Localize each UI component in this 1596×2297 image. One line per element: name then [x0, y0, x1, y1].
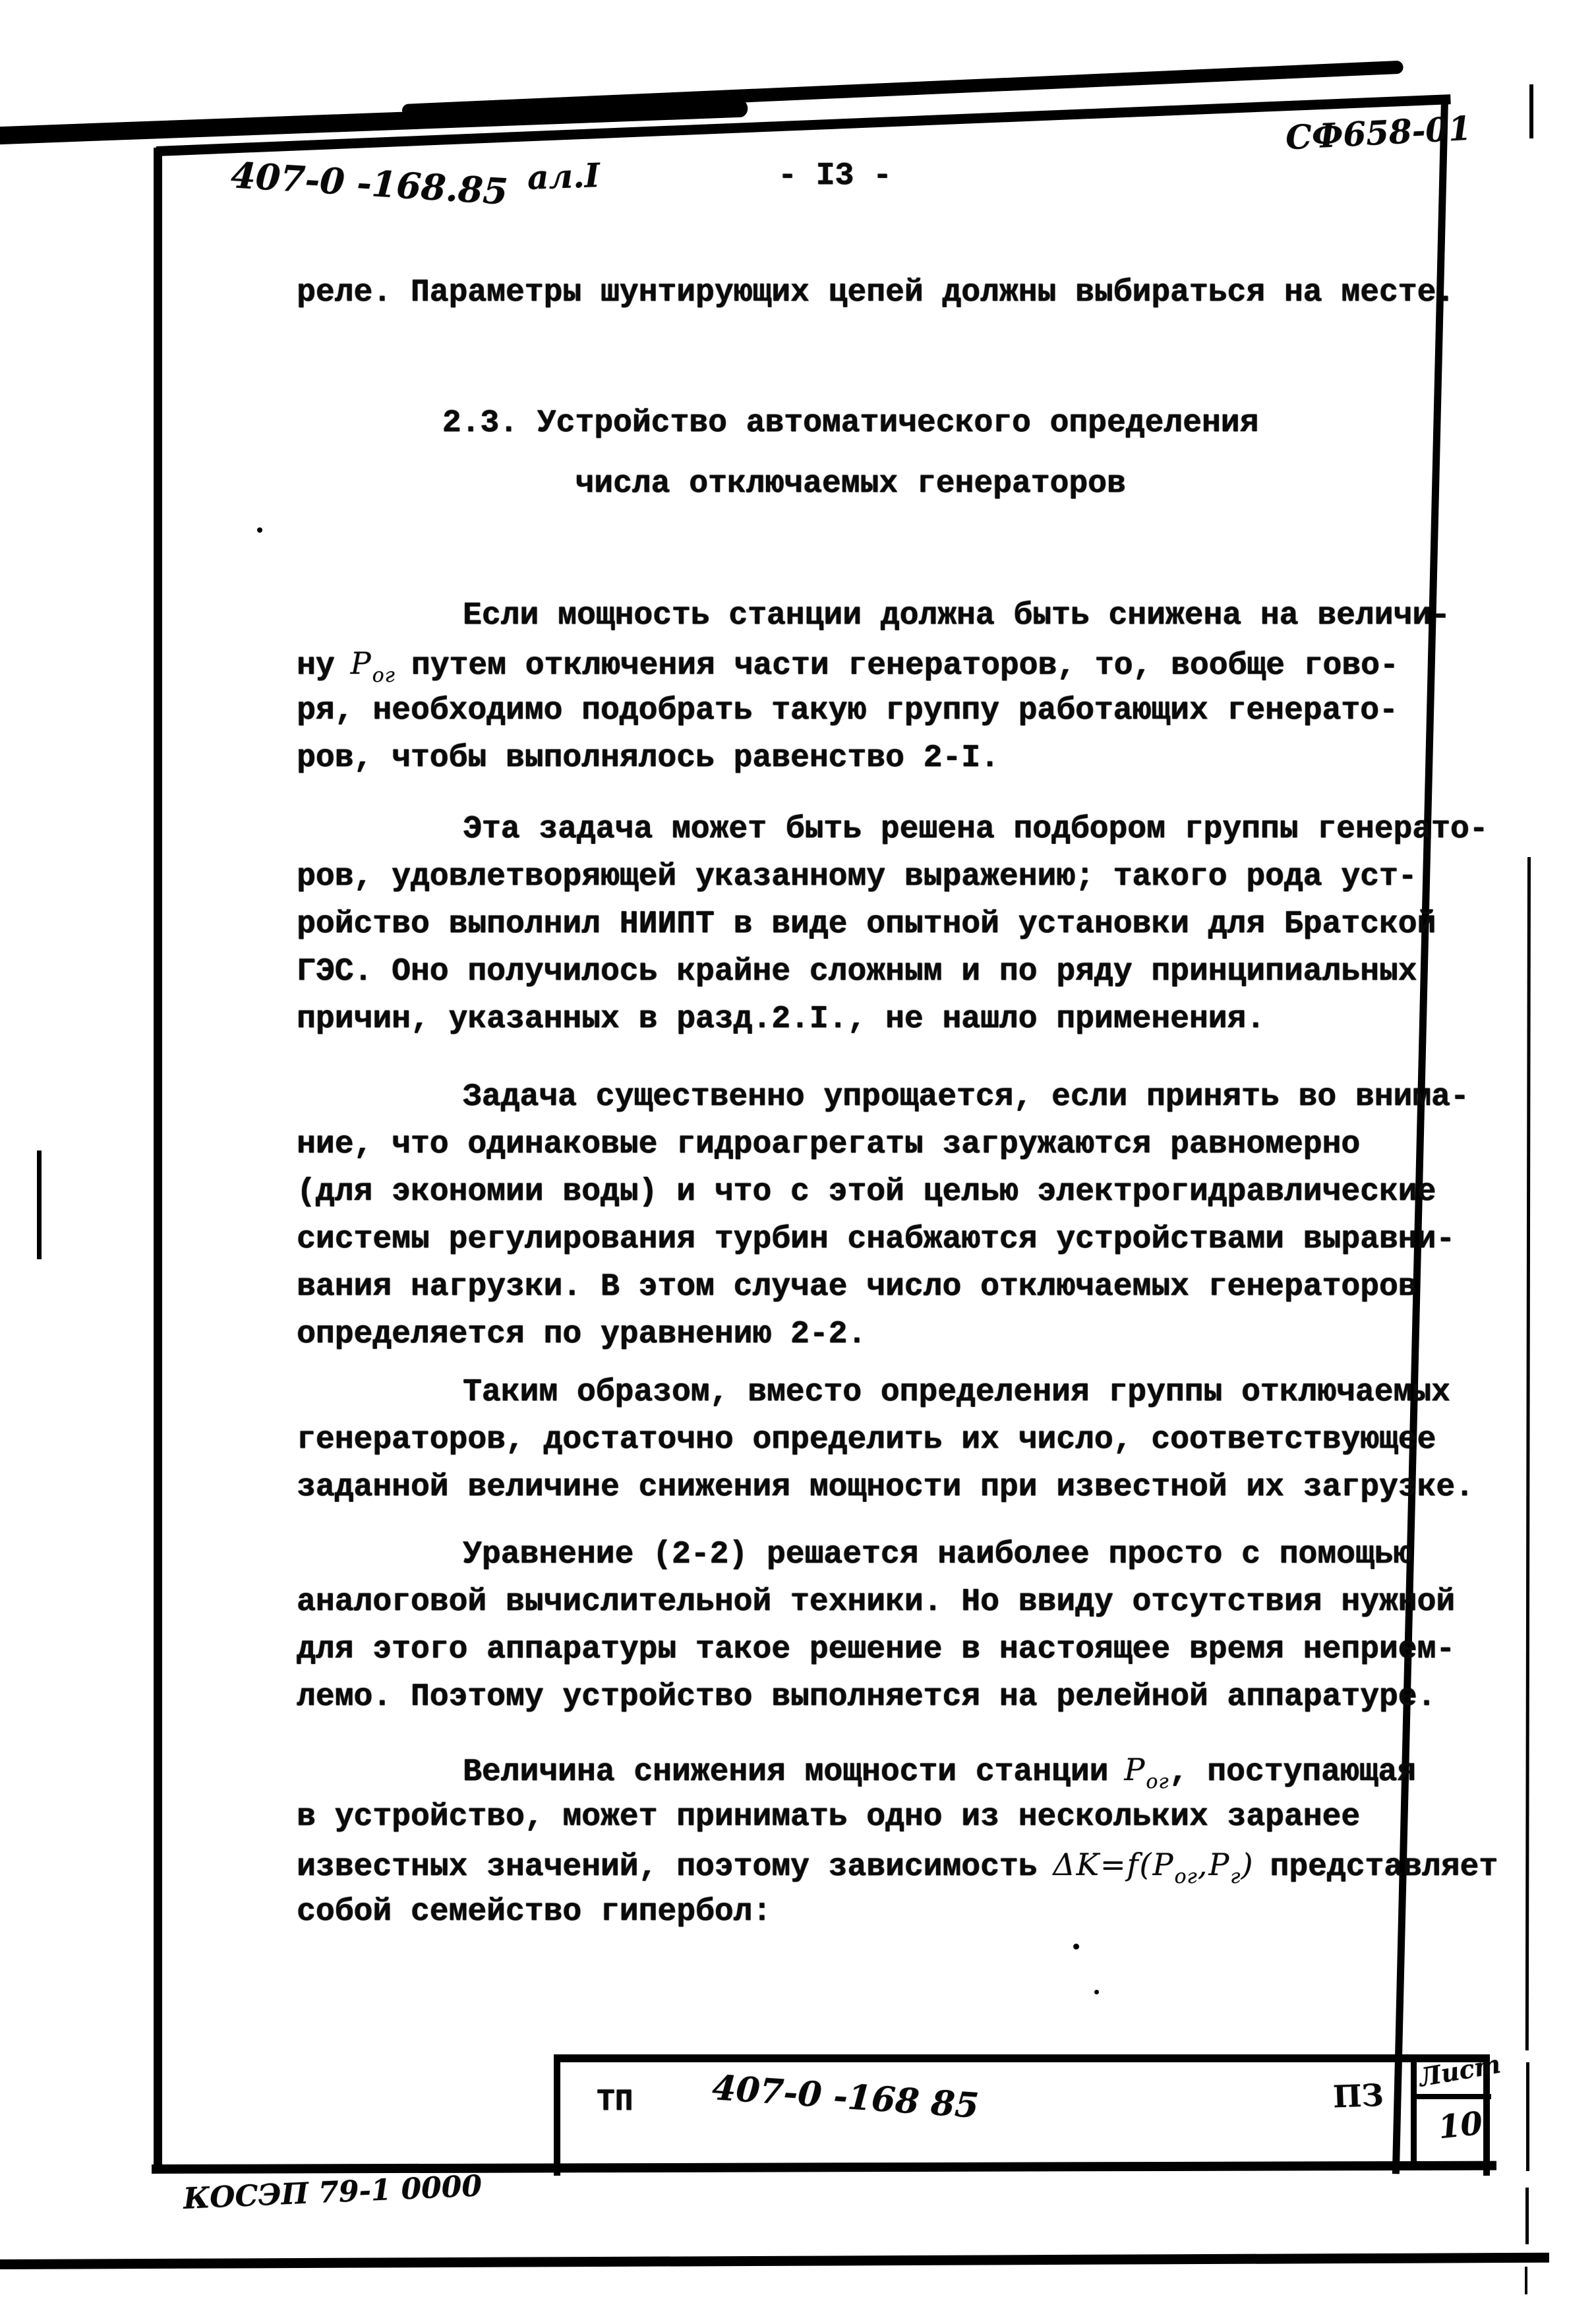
fold-line-top-segment [1529, 84, 1533, 138]
title-block-sheet-number: 10 [1436, 2105, 1484, 2147]
text-line: реле. Параметры шунтирующих цепей должны… [297, 269, 1455, 316]
text-segment: ну [297, 648, 335, 684]
title-block-horizontal-divider [1411, 2094, 1491, 2099]
text-line: системы регулирования турбин снабжаются … [297, 1216, 1469, 1263]
text-line: нуPогпутем отключения части генераторов,… [297, 640, 1450, 687]
formula-p-og: Pог [351, 645, 396, 681]
text-line: Таким образом, вместо определения группы… [297, 1369, 1474, 1416]
fold-line-middle-segment [1525, 857, 1531, 2050]
text-line: определяется по уравнению 2-2. [297, 1311, 1469, 1358]
paragraph-3: Задача существенно упрощается, если прин… [297, 1073, 1469, 1358]
doc-number-handwritten: 407-0 -168.85 [229, 154, 509, 213]
title-block-vertical-divider [1411, 2056, 1417, 2168]
text-segment: путем отключения части генераторов, то, … [411, 648, 1399, 684]
fold-line-dash-3 [1525, 2267, 1527, 2294]
scanned-document-page: СФ658-01 407-0 -168.85 ал.I - I3 - реле.… [0, 0, 1596, 2297]
text-line: лемо. Поэтому устройство выполняется на … [297, 1673, 1455, 1721]
text-line: собой семейство гипербол: [297, 1888, 1498, 1936]
section-title-line-1: 2.3. Устройство автоматического определе… [297, 400, 1404, 447]
text-line: вания нагрузки. В этом случае число откл… [297, 1263, 1469, 1311]
title-block-pz-label: ПЗ [1332, 2077, 1384, 2115]
text-line: причин, указанных в разд.2.I., не нашло … [297, 996, 1488, 1043]
text-line: ров, удовлетворяющей указанному выражени… [297, 853, 1488, 901]
title-block-tp-label: ТП [597, 2085, 633, 2119]
section-title: 2.3. Устройство автоматического определе… [297, 400, 1404, 447]
text-segment: представляет [1270, 1849, 1498, 1885]
text-segment: , поступающая [1169, 1754, 1416, 1790]
section-subtitle: числа отключаемых генераторов [297, 460, 1404, 508]
text-line: для этого аппаратуры такое решение в нас… [297, 1626, 1455, 1673]
section-title-line-2: числа отключаемых генераторов [297, 460, 1404, 508]
text-line: Задача существенно упрощается, если прин… [297, 1073, 1469, 1121]
text-segment: известных значений, поэтому зависимость [297, 1849, 1037, 1885]
sheet-bottom-edge-line [0, 2253, 1549, 2269]
footer-title-block [554, 2054, 1490, 2176]
text-line: известных значений, поэтому зависимостьΔ… [297, 1841, 1498, 1888]
left-margin-mark [37, 1150, 42, 1259]
text-line: Величина снижения мощности станцииPог, п… [297, 1746, 1498, 1793]
text-line: в устройство, может принимать одно из не… [297, 1793, 1498, 1841]
ink-speck [1073, 1944, 1079, 1950]
paragraph-2: Эта задача может быть решена подбором гр… [297, 806, 1488, 1043]
album-mark-handwritten: ал.I [527, 156, 601, 197]
bottom-left-code-handwritten: КОСЭП 79-1 0000 [183, 2169, 483, 2216]
text-line: заданной величине снижения мощности при … [297, 1464, 1474, 1511]
formula-delta-k-family: ΔK=f(Pог,Pг) [1053, 1847, 1254, 1882]
frame-left-border [154, 148, 162, 2172]
text-line: ров, чтобы выполнялось равенство 2-I. [297, 734, 1450, 782]
text-segment: Величина снижения мощности станции [463, 1754, 1108, 1790]
text-line: ря, необходимо подобрать такую группу ра… [297, 687, 1450, 734]
fold-line-dash-2 [1525, 2188, 1529, 2244]
text-line: ройство выполнил НИИПТ в виде опытной ус… [297, 901, 1488, 948]
text-line: Эта задача может быть решена подбором гр… [297, 806, 1488, 853]
paragraph-4: Таким образом, вместо определения группы… [297, 1369, 1474, 1511]
fold-line-dash-1 [1526, 2062, 1529, 2171]
text-line: (для экономии воды) и что с этой целью э… [297, 1168, 1469, 1216]
paragraph-1: Если мощность станции должна быть снижен… [297, 592, 1450, 782]
ink-speck [257, 527, 262, 533]
formula-p-og: Pог [1124, 1752, 1169, 1787]
text-line: ние, что одинаковые гидроагрегаты загруж… [297, 1121, 1469, 1168]
text-line: Если мощность станции должна быть снижен… [297, 592, 1450, 640]
paragraph-6: Величина снижения мощности станцииPог, п… [297, 1746, 1498, 1936]
text-line: ГЭС. Оно получилось крайне сложным и по … [297, 948, 1488, 996]
text-line: Уравнение (2-2) решается наиболее просто… [297, 1531, 1455, 1578]
ink-speck [1094, 1990, 1099, 1994]
text-line: аналоговой вычислительной техники. Но вв… [297, 1578, 1455, 1626]
paragraph-5: Уравнение (2-2) решается наиболее просто… [297, 1531, 1455, 1721]
page-number: - I3 - [778, 158, 892, 194]
text-line: генераторов, достаточно определить их чи… [297, 1416, 1474, 1464]
intro-paragraph: реле. Параметры шунтирующих цепей должны… [297, 269, 1455, 316]
